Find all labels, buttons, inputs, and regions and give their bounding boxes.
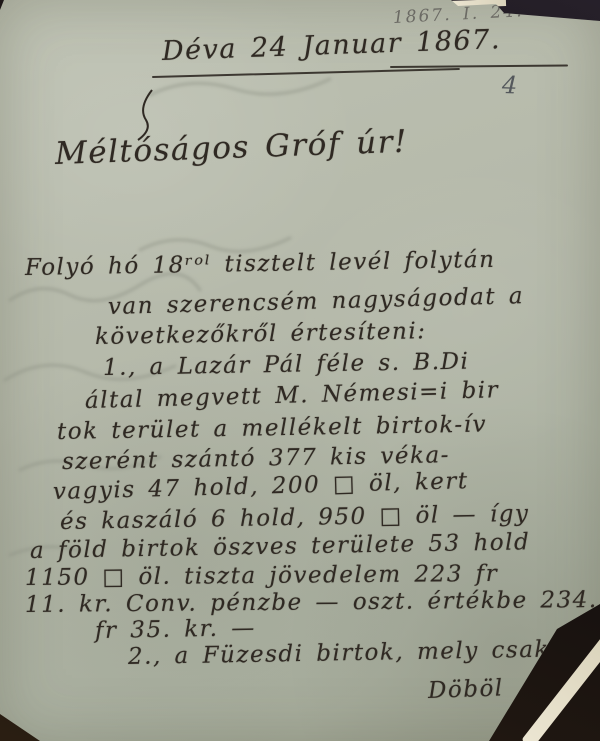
body-line: fr 35. kr. — (95, 615, 256, 644)
body-line: 11. kr. Conv. pénzbe — oszt. értékbe 234… (25, 587, 598, 618)
body-line: 1150 □ öl. tiszta jövedelem 223 fr (25, 561, 498, 591)
letter-paper: 1867. I. 24. Déva 24 Januar 1867. 4 Mélt… (0, 0, 600, 741)
year-underline (390, 64, 568, 68)
page-number-note: 4 (502, 71, 520, 100)
catchword: Döböl (428, 675, 505, 704)
